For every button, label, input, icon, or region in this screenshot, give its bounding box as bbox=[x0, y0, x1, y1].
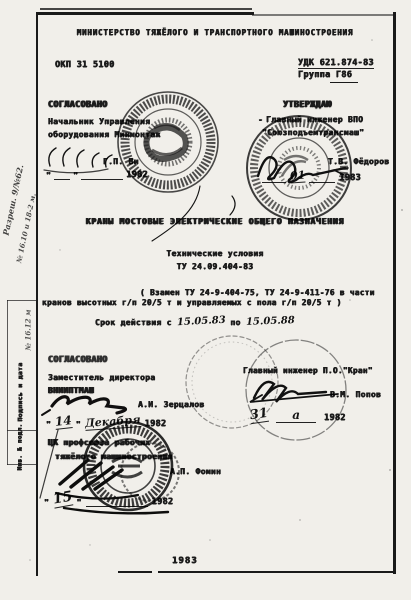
approved-date-line: 01 1983 bbox=[262, 169, 361, 183]
agreed2-date-line: " 14 " Декабря 1982 bbox=[46, 414, 166, 429]
date-month-blank bbox=[86, 497, 148, 507]
document-number: ТУ 24.09.404-83 bbox=[37, 262, 393, 271]
quote-open: " bbox=[46, 171, 51, 180]
agreed2-org: ВНИИПТМАШ bbox=[48, 386, 94, 395]
signature-zertsalov bbox=[42, 397, 125, 415]
chief-day-handwritten: 31 bbox=[249, 406, 269, 424]
agreed-year: 1982 bbox=[126, 170, 148, 180]
valid-to-date: 15.05.88 bbox=[246, 315, 295, 328]
approved-label: УТВЕРЖДАЮ bbox=[283, 100, 332, 110]
agreed-signer-name: Г.П. Ви bbox=[103, 157, 139, 166]
frame-left bbox=[36, 12, 38, 576]
chief-engineer-name: В.М. Попов bbox=[330, 390, 381, 399]
chief-month-handwritten: а bbox=[276, 408, 316, 423]
frame-right bbox=[393, 12, 396, 574]
union-year: 1982 bbox=[152, 497, 174, 507]
union-date-line: " 15 " 1982 bbox=[44, 490, 173, 507]
margin-handwritten-note-2: № 16.10 и 18-2 м. bbox=[14, 192, 38, 263]
agreed-position-line2: оборудования Минмонтаж bbox=[48, 130, 161, 139]
group-underline bbox=[330, 82, 358, 83]
margin-field-inventory: Инв. № подл. bbox=[17, 424, 24, 471]
agreed-position-line1: Начальник Управления bbox=[48, 117, 150, 126]
scan-artifact-line bbox=[40, 8, 252, 10]
margin-rule bbox=[7, 300, 8, 465]
approved-signer-name: Т.В. Фёдоров bbox=[328, 157, 389, 166]
group-code: Группа Г86 bbox=[298, 70, 352, 80]
validity-middle: по bbox=[230, 318, 240, 327]
replaces-line1: ( Взамен ТУ 24-9-404-75, ТУ 24-9-411-76 … bbox=[140, 288, 375, 297]
footer-year: 1983 bbox=[172, 556, 198, 566]
valid-from-date: 15.05.83 bbox=[176, 315, 225, 329]
ministry-heading: МИНИСТЕРСТВО ТЯЖЁЛОГО И ТРАНСПОРТНОГО МА… bbox=[37, 28, 393, 37]
frame-bottom-dash bbox=[118, 571, 152, 573]
quote-close: " bbox=[77, 498, 82, 507]
agreed2-month-handwritten: Декабря bbox=[85, 413, 142, 431]
quote-close: " bbox=[76, 420, 81, 429]
udk-code: УДК 621.874-83 bbox=[298, 58, 374, 69]
approved-year: 1983 bbox=[339, 173, 361, 183]
margin-field-signature-date: Подпись и дата bbox=[16, 363, 24, 422]
replaces-line2: кранов высотных г/п 20/5 т и управляемых… bbox=[42, 298, 342, 307]
chief-engineer-position: Главный инженер П.О."Кран" bbox=[243, 366, 373, 375]
approved-org-line2: "Союзподъемтрансмаш" bbox=[262, 128, 364, 137]
dash-mark: - bbox=[258, 115, 263, 124]
validity-line: Срок действия с 15.05.83 по 15.05.88 bbox=[95, 316, 294, 327]
agreed2-day-handwritten: 14 bbox=[54, 413, 72, 430]
signature-popov bbox=[250, 382, 338, 402]
agreed2-year: 1982 bbox=[145, 419, 167, 429]
document-title: КРАНЫ МОСТОВЫЕ ЭЛЕКТРИЧЕСКИЕ ОБЩЕГО НАЗН… bbox=[37, 217, 393, 226]
union-line2: тяжёлого машиностроения bbox=[55, 452, 173, 461]
date-day-blank bbox=[262, 173, 286, 183]
date-month-blank bbox=[81, 170, 123, 180]
union-signer-name: А.П. Фомин bbox=[170, 467, 221, 476]
quote-close: " bbox=[73, 171, 78, 180]
approved-day-handwritten: 01 bbox=[290, 168, 306, 183]
scanned-document-page: Разреш. 9/№62. № 16.10 и 18-2 м. № 16.12… bbox=[0, 0, 411, 600]
quote-open: " bbox=[44, 498, 49, 507]
okp-code: ОКП 31 5100 bbox=[55, 60, 115, 70]
approved-position-line1: Главный инженер ВПО bbox=[266, 115, 363, 124]
approved-position-row: - Главный инженер ВПО bbox=[258, 115, 363, 124]
quote-open: " bbox=[46, 420, 51, 429]
chief-year: 1982 bbox=[324, 413, 346, 423]
frame-top-right bbox=[252, 14, 396, 16]
agreed2-label: СОГЛАСОВАНО bbox=[48, 355, 108, 365]
agreed2-signer-name: А.И. Зерцалов bbox=[138, 400, 205, 409]
margin-tick-1 bbox=[7, 300, 36, 301]
chief-engineer-date-line: 31 а 1982 bbox=[250, 407, 346, 423]
frame-bottom bbox=[158, 571, 396, 573]
date-month-blank bbox=[309, 173, 335, 183]
agreed-date-line: " " 1982 bbox=[46, 170, 148, 180]
date-day-blank bbox=[54, 170, 70, 180]
frame-top-left bbox=[36, 12, 254, 15]
agreed2-position-line1: Заместитель директора bbox=[48, 373, 155, 382]
union-line1: ЦК профсоюза рабочих bbox=[48, 438, 150, 447]
document-subtitle: Технические условия bbox=[37, 249, 393, 258]
union-day-handwritten: 15 bbox=[52, 488, 74, 508]
signature-flourish bbox=[152, 186, 235, 241]
margin-handwritten-note-3: № 16.12 м bbox=[24, 309, 33, 350]
agreed-label: СОГЛАСОВАНО bbox=[48, 100, 108, 110]
validity-prefix: Срок действия с bbox=[95, 318, 172, 327]
